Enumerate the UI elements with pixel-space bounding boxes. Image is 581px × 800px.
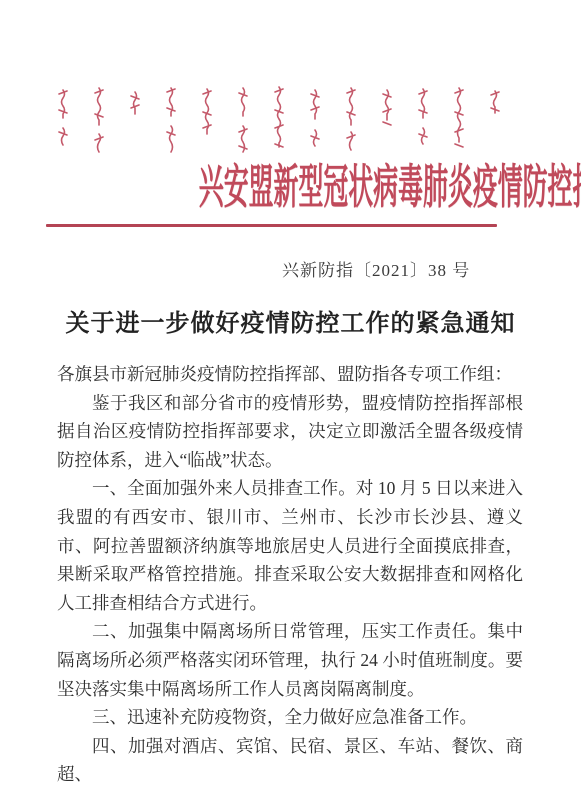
notice-title: 关于进一步做好疫情防控工作的紧急通知: [0, 303, 581, 338]
document-body: 各旗县市新冠肺炎疫情防控指挥部、盟防指各专项工作组： 鉴于我区和部分省市的疫情形…: [57, 360, 523, 789]
body-paragraph: 四、加强对酒店、宾馆、民宿、景区、车站、餐饮、商超、: [57, 732, 523, 789]
mongolian-script-decoration: [55, 84, 507, 162]
body-paragraph: 鉴于我区和部分省市的疫情形势，盟疫情防控指挥部根据自治区疫情防控指挥部要求，决定…: [57, 389, 523, 475]
salutation: 各旗县市新冠肺炎疫情防控指挥部、盟防指各专项工作组：: [57, 360, 523, 389]
official-document-page: 兴安盟新型冠状病毒肺炎疫情防控指挥部 兴新防指〔2021〕38 号 关于进一步做…: [0, 0, 581, 800]
org-title: 兴安盟新型冠状病毒肺炎疫情防控指挥部: [199, 158, 581, 218]
body-paragraph: 一、全面加强外来人员排查工作。对 10 月 5 日以来进入我盟的有西安市、银川市…: [57, 474, 523, 617]
letterhead-rule: [46, 224, 497, 227]
mongolian-script-icon: [55, 84, 507, 162]
doc-number: 兴新防指〔2021〕38 号: [282, 256, 470, 281]
body-paragraph: 三、迅速补充防疫物资，全力做好应急准备工作。: [57, 703, 523, 732]
letterhead: 兴安盟新型冠状病毒肺炎疫情防控指挥部: [0, 158, 581, 218]
body-paragraph: 二、加强集中隔离场所日常管理，压实工作责任。集中隔离场所必须严格落实闭环管理，执…: [57, 617, 523, 703]
